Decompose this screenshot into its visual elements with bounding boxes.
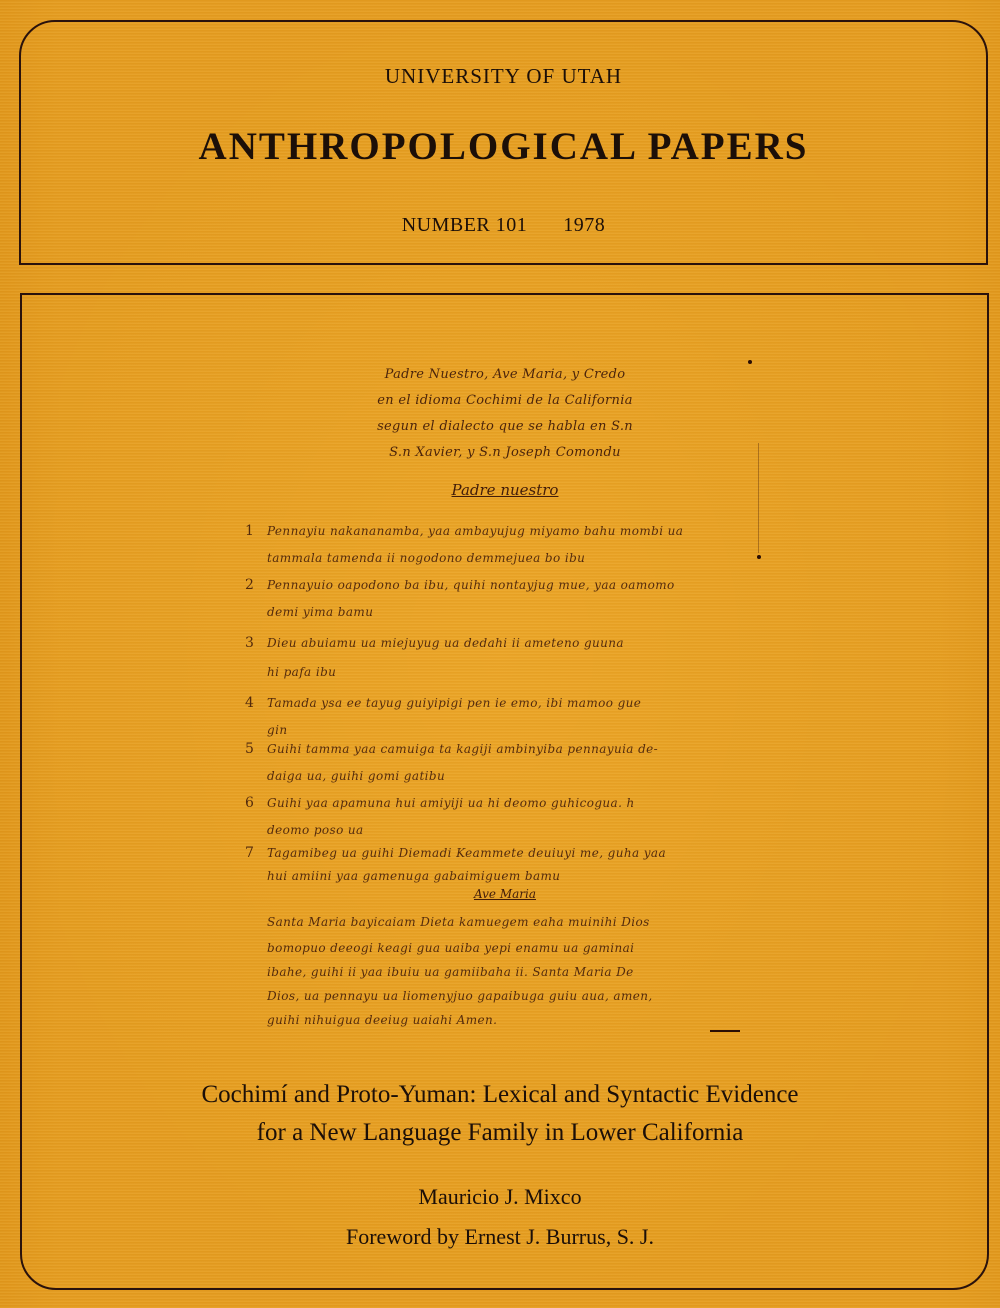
manuscript-heading-line: en el idioma Cochimi de la California	[245, 393, 765, 408]
manuscript-verse: gin	[245, 723, 765, 737]
manuscript-ave-line: Santa Maria bayicaiam Dieta kamuegem eah…	[267, 915, 787, 929]
book-title-line-2: for a New Language Family in Lower Calif…	[0, 1114, 1000, 1152]
university-name: UNIVERSITY OF UTAH	[21, 64, 986, 89]
issue-number: NUMBER 101	[402, 214, 528, 237]
manuscript-heading-line: Padre Nuestro, Ave Maria, y Credo	[245, 367, 765, 382]
manuscript-image: Padre Nuestro, Ave Maria, y Credo en el …	[245, 355, 765, 1045]
book-author: Mauricio J. Mixco	[0, 1184, 1000, 1210]
ink-dot	[748, 360, 752, 364]
manuscript-verse: demi yima bamu	[245, 605, 765, 619]
manuscript-verse: hi pafa ibu	[245, 665, 765, 679]
manuscript-verse: daiga ua, guihi gomi gatibu	[245, 769, 765, 783]
manuscript-verse: 2Pennayuio oapodono ba ibu, quihi nontay…	[245, 577, 765, 593]
book-foreword: Foreword by Ernest J. Burrus, S. J.	[0, 1224, 1000, 1250]
manuscript-heading-line: S.n Xavier, y S.n Joseph Comondu	[245, 445, 765, 460]
manuscript-ave-line: Dios, ua pennayu ua liomenyjuo gapaibuga…	[267, 989, 787, 1003]
series-title: ANTHROPOLOGICAL PAPERS	[21, 124, 986, 169]
manuscript-verse: deomo poso ua	[245, 823, 765, 837]
manuscript-verse: 6Guihi yaa apamuna hui amiyiji ua hi deo…	[245, 795, 765, 811]
issue-year: 1978	[563, 214, 605, 237]
manuscript-verse: 7Tagamibeg ua guihi Diemadi Keammete deu…	[245, 845, 765, 861]
manuscript-end-mark	[710, 1030, 740, 1032]
manuscript-ave-line: ibahe, guihi ii yaa ibuiu ua gamiibaha i…	[267, 965, 787, 979]
manuscript-verse: 5Guihi tamma yaa camuiga ta kagiji ambin…	[245, 741, 765, 757]
manuscript-verse: 4Tamada ysa ee tayug guiyipigi pen ie em…	[245, 695, 765, 711]
manuscript-heading-line: segun el dialecto que se habla en S.n	[245, 419, 765, 434]
manuscript-verse: hui amiini yaa gamenuga gabaimiguem bamu	[245, 869, 765, 883]
book-title-line-1: Cochimí and Proto-Yuman: Lexical and Syn…	[0, 1076, 1000, 1114]
manuscript-ave-line: bomopuo deeogi keagi gua uaiba yepi enam…	[267, 941, 787, 955]
manuscript-ave-heading: Ave Maria	[245, 887, 765, 901]
book-title: Cochimí and Proto-Yuman: Lexical and Syn…	[0, 1076, 1000, 1152]
manuscript-verse: tammala tamenda ii nogodono demmejuea bo…	[245, 551, 765, 565]
manuscript-ave-line: guihi nihuigua deeiug uaiahi Amen.	[267, 1013, 787, 1027]
manuscript-subheading: Padre nuestro	[245, 481, 765, 499]
manuscript-verse: 1Pennayiu nakananamba, yaa ambayujug miy…	[245, 523, 765, 539]
issue-info: NUMBER 1011978	[21, 214, 986, 237]
header-frame: UNIVERSITY OF UTAH ANTHROPOLOGICAL PAPER…	[19, 20, 988, 265]
manuscript-verse: 3Dieu abuiamu ua miejuyug ua dedahi ii a…	[245, 635, 765, 651]
